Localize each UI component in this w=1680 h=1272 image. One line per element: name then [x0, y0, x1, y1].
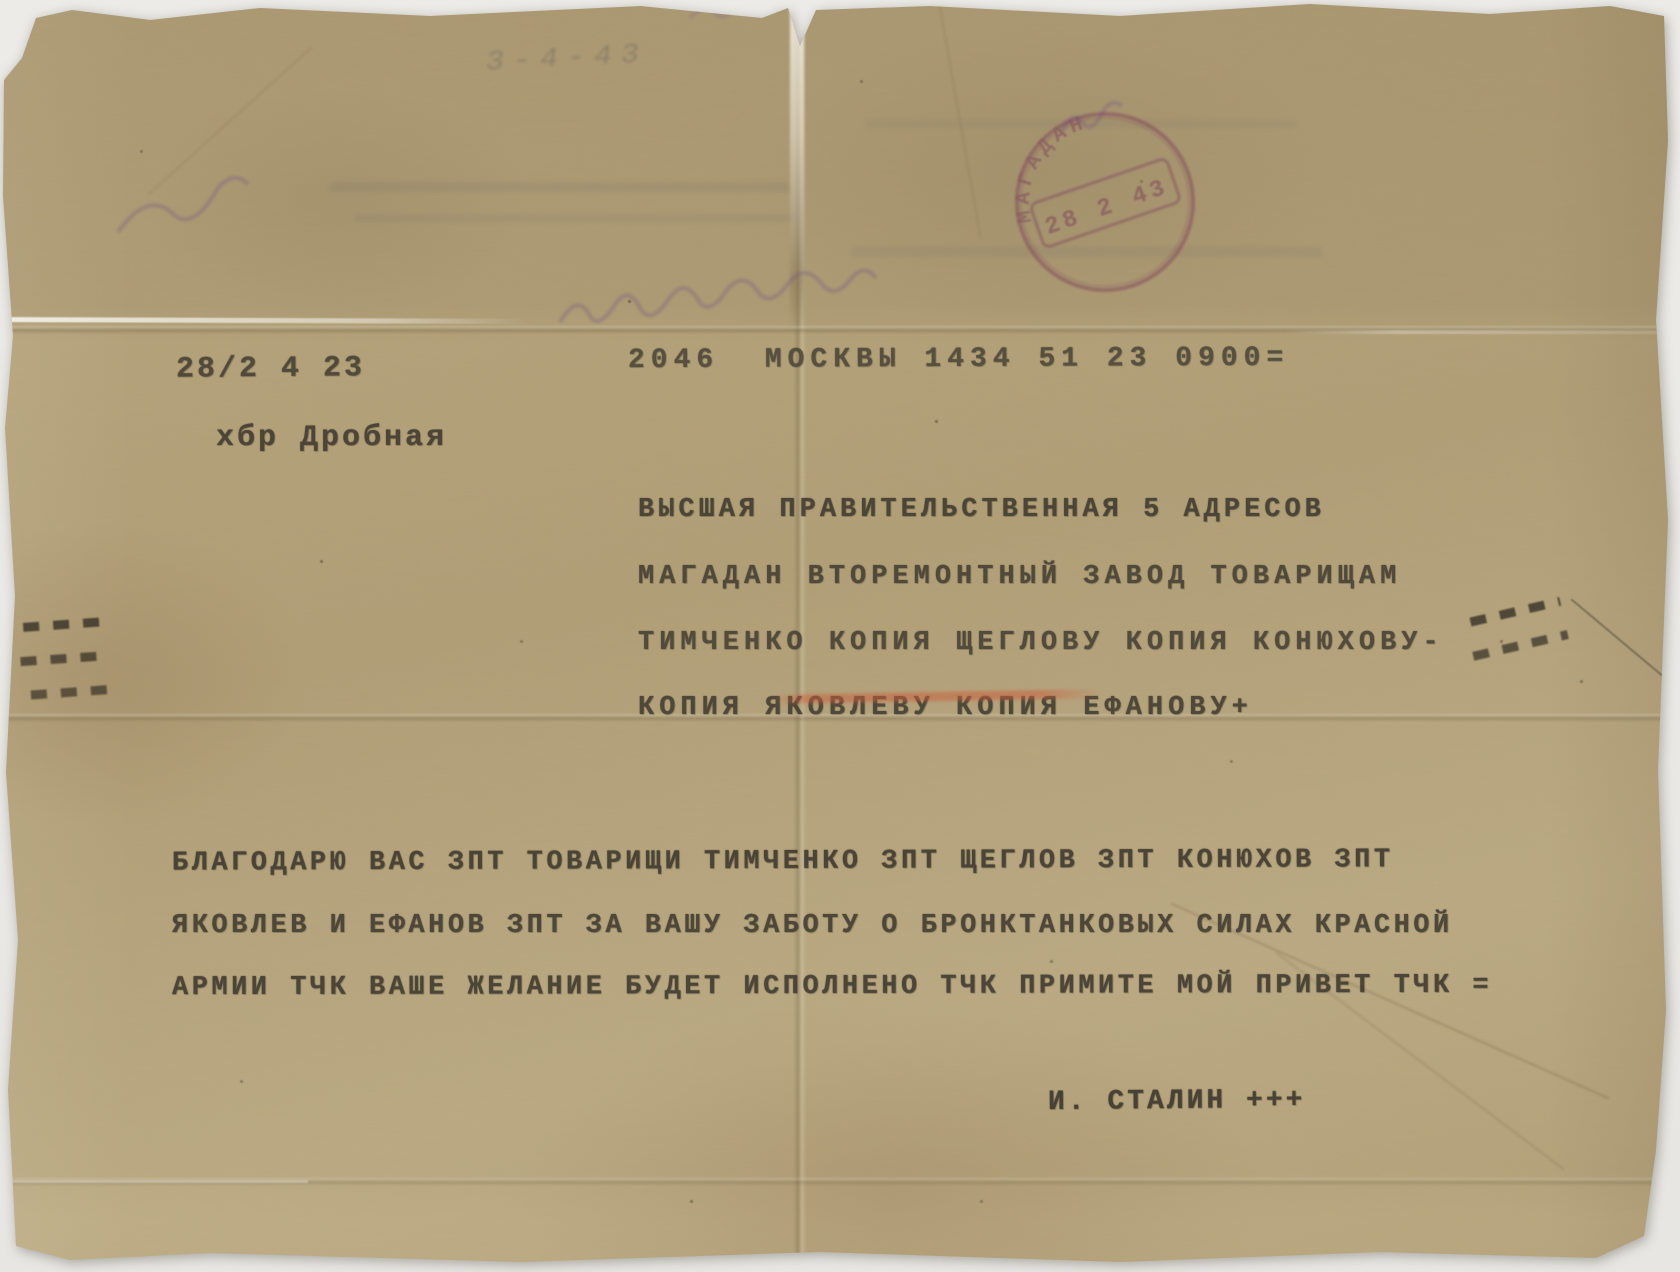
diagonal-crease — [148, 47, 313, 196]
body-line-1: БЛАГОДАРЮ ВАС ЗПТ ТОВАРИЩИ ТИМЧЕНКО ЗПТ … — [172, 845, 1394, 878]
body-line-3: АРМИИ ТЧК ВАШЕ ЖЕЛАНИЕ БУДЕТ ИСПОЛНЕНО Т… — [172, 971, 1492, 1003]
service-operator-note: хбр Дробная — [216, 421, 447, 455]
bleedthrough-mark — [330, 182, 790, 192]
destination-line: МАГАДАН ВТОРЕМОНТНЫЙ ЗАВОД ТОВАРИЩАМ — [638, 562, 1401, 592]
tape-mark-left — [23, 617, 109, 714]
telegram-paper-wrap: МАГАДАН 28 2 43 28/2 4 23 хбр Дробная 20… — [0, 0, 1680, 1272]
scan-background: МАГАДАН 28 2 43 28/2 4 23 хбр Дробная 20… — [0, 0, 1680, 1272]
tear-highlight — [1282, 330, 1672, 334]
service-date-mark: 28/2 4 23 — [176, 351, 365, 386]
pencil-note: 3-4-43 — [485, 39, 648, 78]
bleedthrough-mark — [355, 214, 795, 222]
vertical-fold-tear — [790, 4, 804, 330]
transmission-header: 2046 МОСКВЫ 1434 51 23 0900= — [628, 343, 1289, 376]
priority-line: ВЫСШАЯ ПРАВИТЕЛЬСТВЕННАЯ 5 АДРЕСОВ — [638, 495, 1325, 525]
body-line-2: ЯКОВЛЕВ И ЕФАНОВ ЗПТ ЗА ВАШУ ЗАБОТУ О БР… — [172, 911, 1453, 941]
addressee-line-1: ТИМЧЕНКО КОПИЯ ЩЕГЛОВУ КОПИЯ КОНЮХОВУ- — [638, 628, 1444, 658]
postmark-date-text: 28 2 43 — [1042, 174, 1173, 241]
paper-speckles — [628, 300, 631, 303]
scratch-mark — [1571, 598, 1672, 683]
tear-highlight — [4, 317, 529, 324]
tear-highlight — [8, 1180, 308, 1183]
telegram-paper: МАГАДАН 28 2 43 28/2 4 23 хбр Дробная 20… — [0, 0, 1680, 1272]
tape-mark-right — [1469, 597, 1582, 719]
signature-line: И. СТАЛИН +++ — [1048, 1085, 1306, 1118]
postmark-stamp: МАГАДАН 28 2 43 — [965, 62, 1245, 342]
